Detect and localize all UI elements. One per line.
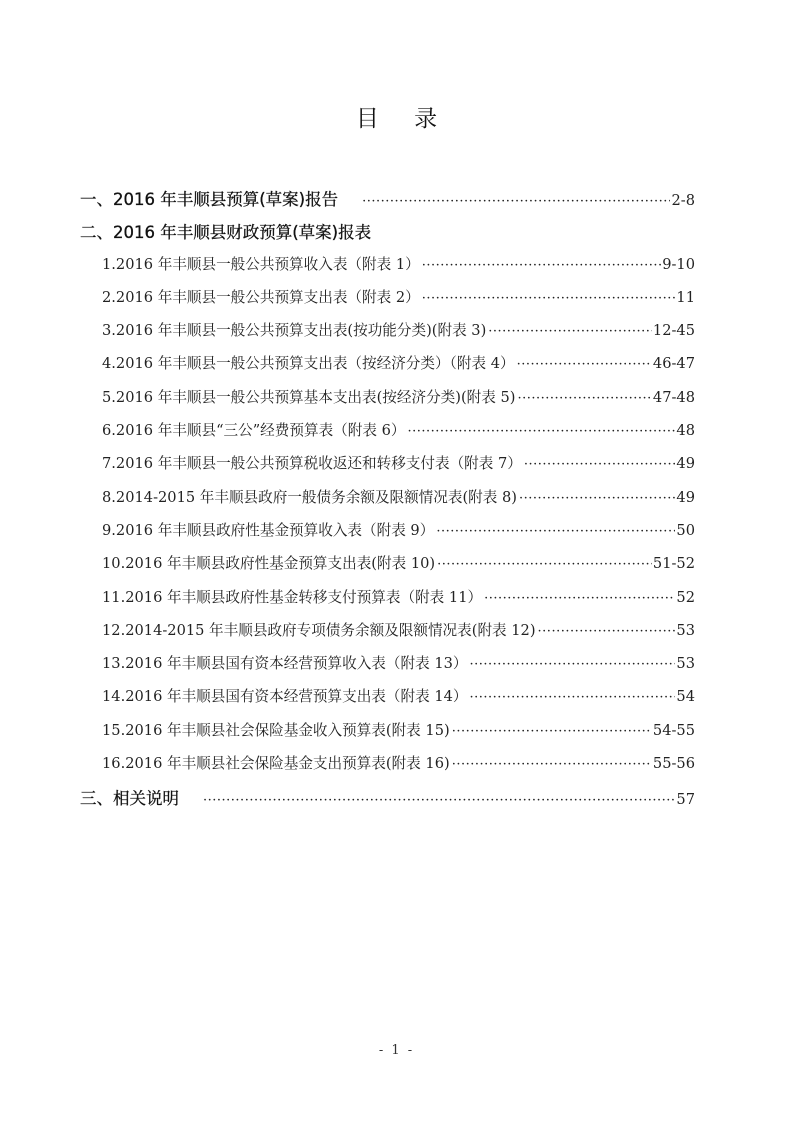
- toc-item-label: 8.2014-2015 年丰顺县政府一般债务余额及限额情况表(附表 8): [102, 486, 517, 507]
- toc-item-label: 16.2016 年丰顺县社会保险基金支出预算表(附表 16): [102, 752, 450, 773]
- dot-leader: [452, 757, 652, 772]
- toc-page-number: 51-52: [653, 555, 695, 572]
- toc-item[interactable]: 3.2016 年丰顺县一般公共预算支出表(按功能分类)(附表 3) 12-45: [80, 319, 695, 352]
- dot-leader: [362, 194, 670, 209]
- toc-item[interactable]: 16.2016 年丰顺县社会保险基金支出预算表(附表 16) 55-56: [80, 752, 695, 785]
- toc-page-number: 46-47: [653, 355, 695, 372]
- toc-page-number: 49: [676, 455, 695, 472]
- toc-item[interactable]: 11.2016 年丰顺县政府性基金转移支付预算表（附表 11） 52: [80, 586, 695, 619]
- dot-leader: [517, 391, 651, 406]
- dot-leader: [203, 793, 675, 808]
- dot-leader: [519, 491, 675, 506]
- dot-leader: [407, 424, 675, 439]
- toc-section-2[interactable]: 二、2016 年丰顺县财政预算(草案)报表: [80, 219, 695, 252]
- toc-page-number: 55-56: [653, 755, 695, 772]
- dot-leader: [469, 690, 675, 705]
- toc-item[interactable]: 5.2016 年丰顺县一般公共预算基本支出表(按经济分类)(附表 5) 47-4…: [80, 386, 695, 419]
- toc-page-number: 57: [676, 791, 695, 808]
- dot-leader: [517, 357, 652, 372]
- toc-item[interactable]: 15.2016 年丰顺县社会保险基金收入预算表(附表 15) 54-55: [80, 719, 695, 752]
- toc-item-label: 14.2016 年丰顺县国有资本经营预算支出表（附表 14）: [102, 685, 467, 706]
- toc-section-label: 一、2016 年丰顺县预算(草案)报告: [80, 186, 338, 210]
- page-title: 目 录: [0, 100, 793, 133]
- toc-page-number: 53: [676, 622, 695, 639]
- toc-item[interactable]: 1.2016 年丰顺县一般公共预算收入表（附表 1） 9-10: [80, 253, 695, 286]
- toc-item-label: 10.2016 年丰顺县政府性基金预算支出表(附表 10): [102, 552, 435, 573]
- toc-item-label: 12.2014-2015 年丰顺县政府专项债务余额及限额情况表(附表 12): [102, 619, 536, 640]
- toc-item-label: 4.2016 年丰顺县一般公共预算支出表（按经济分类）（附表 4）: [102, 352, 515, 373]
- toc-page-number: 52: [676, 589, 695, 606]
- toc-item-label: 7.2016 年丰顺县一般公共预算税收返还和转移支付表（附表 7）: [102, 452, 522, 473]
- toc-item-label: 2.2016 年丰顺县一般公共预算支出表（附表 2）: [102, 286, 420, 307]
- toc-item[interactable]: 14.2016 年丰顺县国有资本经营预算支出表（附表 14） 54: [80, 685, 695, 718]
- toc-section-label: 三、相关说明: [80, 785, 179, 809]
- toc-item[interactable]: 8.2014-2015 年丰顺县政府一般债务余额及限额情况表(附表 8) 49: [80, 486, 695, 519]
- toc-page-number: 12-45: [653, 322, 695, 339]
- dot-leader: [469, 657, 675, 672]
- toc-section-3[interactable]: 三、相关说明 57: [80, 785, 695, 818]
- dot-leader: [422, 291, 676, 306]
- toc-page-number: 49: [676, 489, 695, 506]
- toc-page-number: 47-48: [653, 389, 695, 406]
- dot-leader: [484, 591, 675, 606]
- page-number-footer: - 1 -: [0, 1043, 793, 1058]
- toc-item-label: 5.2016 年丰顺县一般公共预算基本支出表(按经济分类)(附表 5): [102, 386, 515, 407]
- toc-item-label: 1.2016 年丰顺县一般公共预算收入表（附表 1）: [102, 253, 420, 274]
- toc-page-number: 54-55: [653, 722, 695, 739]
- toc-item-label: 15.2016 年丰顺县社会保险基金收入预算表(附表 15): [102, 719, 450, 740]
- toc-section-1[interactable]: 一、2016 年丰顺县预算(草案)报告 2-8: [80, 186, 695, 219]
- toc-item[interactable]: 10.2016 年丰顺县政府性基金预算支出表(附表 10) 51-52: [80, 552, 695, 585]
- dot-leader: [436, 524, 675, 539]
- toc-page-number: 53: [676, 655, 695, 672]
- table-of-contents: 一、2016 年丰顺县预算(草案)报告 2-8 二、2016 年丰顺县财政预算(…: [80, 186, 695, 819]
- toc-item[interactable]: 4.2016 年丰顺县一般公共预算支出表（按经济分类）（附表 4） 46-47: [80, 352, 695, 385]
- toc-item-label: 6.2016 年丰顺县“三公”经费预算表（附表 6）: [102, 419, 405, 440]
- toc-item[interactable]: 9.2016 年丰顺县政府性基金预算收入表（附表 9） 50: [80, 519, 695, 552]
- toc-item[interactable]: 12.2014-2015 年丰顺县政府专项债务余额及限额情况表(附表 12) 5…: [80, 619, 695, 652]
- toc-page-number: 2-8: [671, 192, 695, 209]
- dot-leader: [524, 457, 676, 472]
- toc-item[interactable]: 6.2016 年丰顺县“三公”经费预算表（附表 6） 48: [80, 419, 695, 452]
- toc-item[interactable]: 2.2016 年丰顺县一般公共预算支出表（附表 2） 11: [80, 286, 695, 319]
- dot-leader: [488, 324, 652, 339]
- toc-item[interactable]: 7.2016 年丰顺县一般公共预算税收返还和转移支付表（附表 7） 49: [80, 452, 695, 485]
- toc-item-label: 3.2016 年丰顺县一般公共预算支出表(按功能分类)(附表 3): [102, 319, 486, 340]
- toc-section-label: 二、2016 年丰顺县财政预算(草案)报表: [80, 219, 371, 243]
- toc-page-number: 48: [676, 422, 695, 439]
- toc-item-label: 11.2016 年丰顺县政府性基金转移支付预算表（附表 11）: [102, 586, 482, 607]
- toc-page-number: 54: [676, 688, 695, 705]
- dot-leader: [538, 624, 676, 639]
- toc-page-number: 9-10: [662, 256, 695, 273]
- dot-leader: [437, 557, 652, 572]
- toc-item[interactable]: 13.2016 年丰顺县国有资本经营预算收入表（附表 13） 53: [80, 652, 695, 685]
- toc-item-label: 13.2016 年丰顺县国有资本经营预算收入表（附表 13）: [102, 652, 467, 673]
- dot-leader: [452, 724, 652, 739]
- toc-page-number: 11: [676, 289, 695, 306]
- dot-leader: [422, 258, 661, 273]
- toc-page-number: 50: [676, 522, 695, 539]
- toc-item-label: 9.2016 年丰顺县政府性基金预算收入表（附表 9）: [102, 519, 434, 540]
